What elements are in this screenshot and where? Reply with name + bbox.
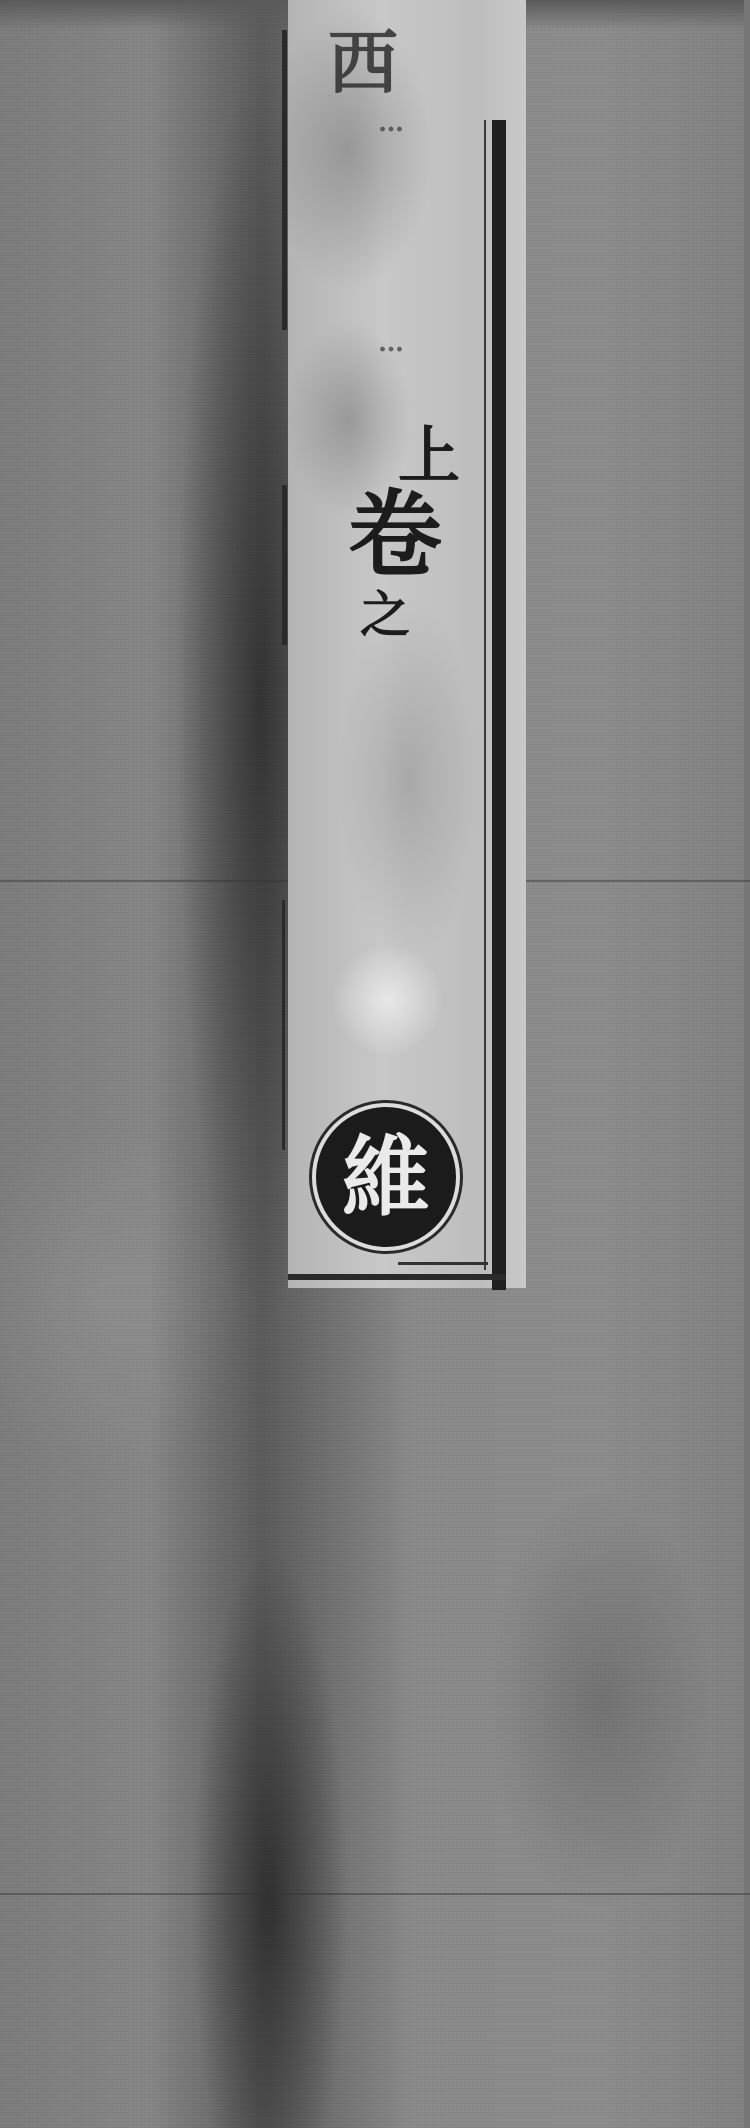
title-char-shang: 上 bbox=[398, 425, 460, 487]
title-slip: 西 … … 上 卷 之 維 bbox=[288, 0, 526, 1288]
cover-right-edge bbox=[744, 0, 750, 2128]
slip-left-border-lower bbox=[282, 900, 285, 1150]
slip-inner-rule bbox=[484, 120, 486, 1270]
seal-text: 維 bbox=[342, 1133, 430, 1221]
illegible-mark-2: … bbox=[378, 330, 404, 356]
title-char-zhi: 之 bbox=[360, 590, 410, 640]
slip-left-border-upper bbox=[282, 30, 287, 330]
slip-right-border bbox=[492, 120, 506, 1290]
fold-line-lower bbox=[0, 1893, 750, 1895]
collector-seal: 維 bbox=[316, 1107, 456, 1247]
slip-left-border-middle bbox=[282, 485, 287, 645]
slip-bottom-inner-rule bbox=[398, 1262, 488, 1265]
illegible-mark-1: … bbox=[378, 110, 404, 136]
slip-bottom-border bbox=[288, 1274, 506, 1280]
title-char-xi: 西 bbox=[328, 28, 398, 98]
title-char-juan: 卷 bbox=[348, 488, 442, 582]
